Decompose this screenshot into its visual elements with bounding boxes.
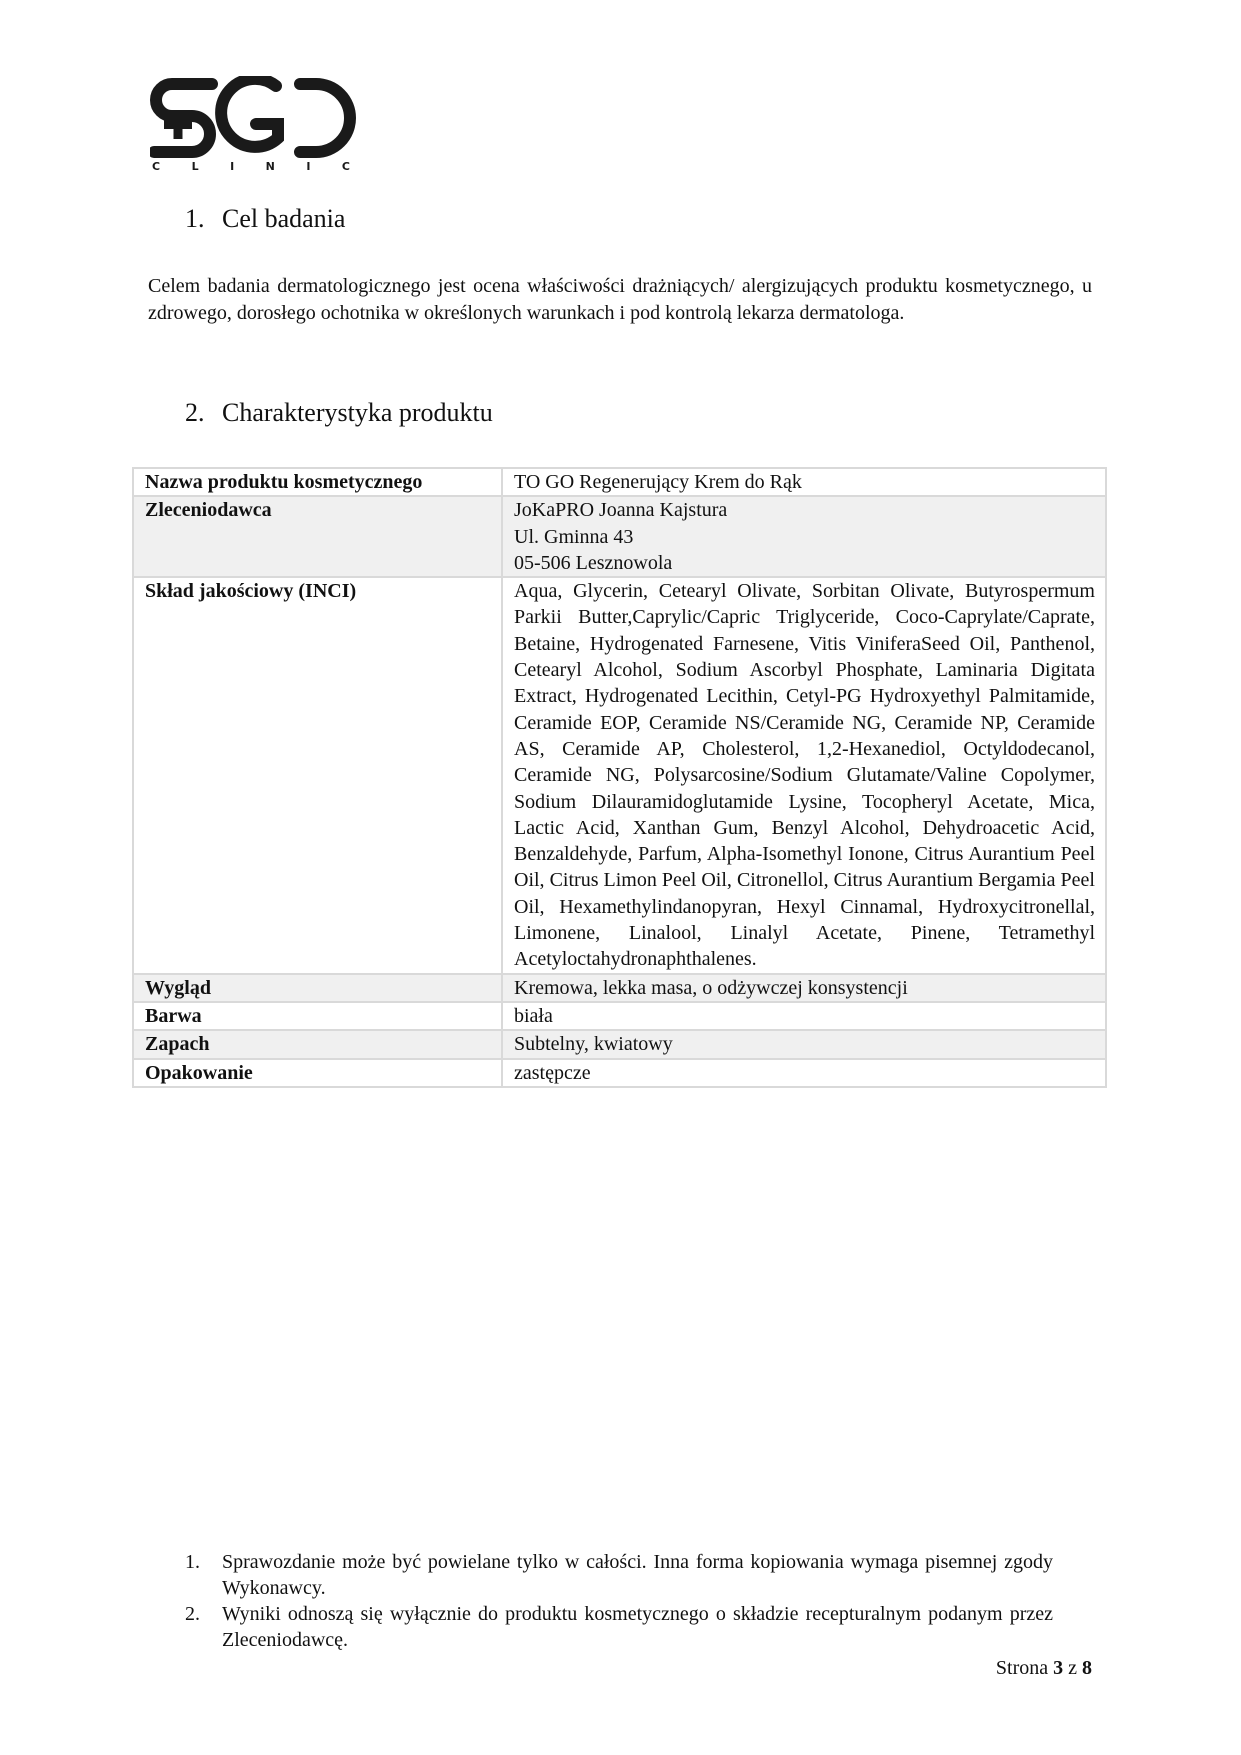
section-number: 1.	[185, 204, 222, 234]
value-line: zastępcze	[514, 1060, 1095, 1086]
row-value: biała	[502, 1002, 1106, 1030]
product-characteristics-table: Nazwa produktu kosmetycznegoTO GO Regene…	[132, 467, 1107, 1088]
value-line: Aqua, Glycerin, Cetearyl Olivate, Sorbit…	[514, 578, 1095, 972]
note-number: 2.	[185, 1601, 200, 1627]
logo-mark-icon: CLINIC	[150, 76, 356, 172]
row-label: Opakowanie	[133, 1059, 502, 1087]
table-row: Nazwa produktu kosmetycznegoTO GO Regene…	[133, 468, 1106, 496]
value-line: biała	[514, 1003, 1095, 1029]
row-label: Nazwa produktu kosmetycznego	[133, 468, 502, 496]
footer-note: 1. Sprawozdanie może być powielane tylko…	[185, 1549, 1053, 1601]
footer-notes: 1. Sprawozdanie może być powielane tylko…	[185, 1549, 1053, 1653]
value-line: Kremowa, lekka masa, o odżywczej konsyst…	[514, 975, 1095, 1001]
value-line: TO GO Regenerujący Krem do Rąk	[514, 469, 1095, 495]
section-heading-charakterystyka: 2.Charakterystyka produktu	[185, 398, 493, 428]
page-number: Strona 3 z 8	[996, 1655, 1092, 1681]
footer-note: 2. Wyniki odnoszą się wyłącznie do produ…	[185, 1601, 1053, 1653]
table-row: WyglądKremowa, lekka masa, o odżywczej k…	[133, 974, 1106, 1002]
row-value: JoKaPRO Joanna KajsturaUl. Gminna 4305-5…	[502, 496, 1106, 577]
section-title: Charakterystyka produktu	[222, 398, 493, 427]
table-row: Barwabiała	[133, 1002, 1106, 1030]
sgd-clinic-logo: CLINIC	[150, 76, 356, 172]
value-line: Ul. Gminna 43	[514, 524, 1095, 550]
row-label: Zapach	[133, 1030, 502, 1058]
page-total: 8	[1082, 1657, 1092, 1679]
note-text: Sprawozdanie może być powielane tylko w …	[222, 1551, 1053, 1599]
row-value: zastępcze	[502, 1059, 1106, 1087]
value-line: Subtelny, kwiatowy	[514, 1031, 1095, 1057]
table-row: Opakowaniezastępcze	[133, 1059, 1106, 1087]
page-separator: z	[1068, 1657, 1077, 1679]
value-line: 05-506 Lesznowola	[514, 550, 1095, 576]
row-label: Zleceniodawca	[133, 496, 502, 577]
section-number: 2.	[185, 398, 222, 428]
row-label: Skład jakościowy (INCI)	[133, 577, 502, 973]
table-row: Skład jakościowy (INCI)Aqua, Glycerin, C…	[133, 577, 1106, 973]
table-row: ZapachSubtelny, kwiatowy	[133, 1030, 1106, 1058]
logo-subtitle: CLINIC	[152, 160, 350, 172]
page-prefix: Strona	[996, 1657, 1048, 1679]
section-title: Cel badania	[222, 204, 345, 233]
row-value: TO GO Regenerujący Krem do Rąk	[502, 468, 1106, 496]
note-number: 1.	[185, 1549, 200, 1575]
table-row: ZleceniodawcaJoKaPRO Joanna KajsturaUl. …	[133, 496, 1106, 577]
section-body-cel-badania: Celem badania dermatologicznego jest oce…	[148, 273, 1092, 327]
value-line: JoKaPRO Joanna Kajstura	[514, 497, 1095, 523]
note-text: Wyniki odnoszą się wyłącznie do produktu…	[222, 1603, 1053, 1651]
row-value: Aqua, Glycerin, Cetearyl Olivate, Sorbit…	[502, 577, 1106, 973]
row-label: Wygląd	[133, 974, 502, 1002]
row-value: Kremowa, lekka masa, o odżywczej konsyst…	[502, 974, 1106, 1002]
page-current: 3	[1053, 1657, 1063, 1679]
section-heading-cel-badania: 1.Cel badania	[185, 204, 345, 234]
row-label: Barwa	[133, 1002, 502, 1030]
row-value: Subtelny, kwiatowy	[502, 1030, 1106, 1058]
